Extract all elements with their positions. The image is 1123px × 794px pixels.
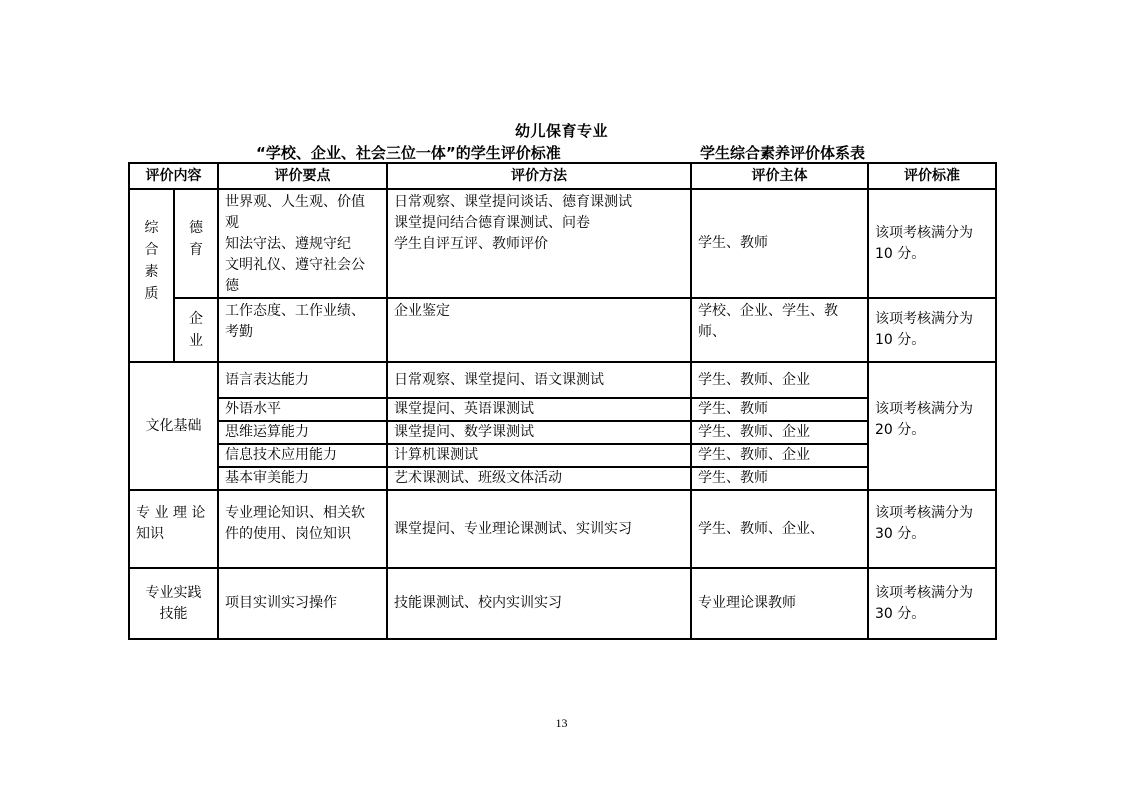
table-row: 基本审美能力 艺术课测试、班级文体活动 学生、教师	[129, 467, 996, 490]
wenhua-point: 外语水平	[218, 398, 387, 421]
category-wenhua: 文化基础	[129, 362, 218, 490]
shijian-subject: 专业理论课教师	[691, 568, 868, 639]
header-points: 评价要点	[218, 163, 387, 189]
wenhua-method: 计算机课测试	[387, 444, 691, 467]
shijian-method: 技能课测试、校内实训实习	[387, 568, 691, 639]
shijian-point: 项目实训实习操作	[218, 568, 387, 639]
evaluation-table: 评价内容 评价要点 评价方法 评价主体 评价标准 综 合 素 质 德 育 世界观…	[128, 162, 997, 640]
table-row: 专业实践 技能 项目实训实习操作 技能课测试、校内实训实习 专业理论课教师 该项…	[129, 568, 996, 639]
table-row: 企 业 工作态度、工作业绩、 考勤 企业鉴定 学校、企业、学生、教 师、 该项考…	[129, 298, 996, 362]
lilun-method: 课堂提问、专业理论课测试、实训实习	[387, 490, 691, 568]
table-row: 外语水平 课堂提问、英语课测试 学生、教师	[129, 398, 996, 421]
wenhua-method: 课堂提问、英语课测试	[387, 398, 691, 421]
table-header-row: 评价内容 评价要点 评价方法 评价主体 评价标准	[129, 163, 996, 189]
category-shijian: 专业实践 技能	[129, 568, 218, 639]
table-row: 文化基础 语言表达能力 日常观察、课堂提问、语文课测试 学生、教师、企业 该项考…	[129, 362, 996, 398]
document-title: 幼儿保育专业	[0, 120, 1123, 141]
shijian-standard: 该项考核满分为 30 分。	[868, 568, 996, 639]
qiye-methods: 企业鉴定	[387, 298, 691, 362]
qiye-points: 工作态度、工作业绩、 考勤	[218, 298, 387, 362]
table-row: 专 业 理 论 知识 专业理论知识、相关软 件的使用、岗位知识 课堂提问、专业理…	[129, 490, 996, 568]
lilun-points: 专业理论知识、相关软 件的使用、岗位知识	[218, 490, 387, 568]
wenhua-point: 信息技术应用能力	[218, 444, 387, 467]
wenhua-method: 日常观察、课堂提问、语文课测试	[387, 362, 691, 398]
header-subject: 评价主体	[691, 163, 868, 189]
qiye-standard: 该项考核满分为 10 分。	[868, 298, 996, 362]
page-number: 13	[0, 716, 1123, 731]
wenhua-point: 语言表达能力	[218, 362, 387, 398]
wenhua-method: 艺术课测试、班级文体活动	[387, 467, 691, 490]
wenhua-subject: 学生、教师、企业	[691, 421, 868, 444]
wenhua-point: 基本审美能力	[218, 467, 387, 490]
table-row: 思维运算能力 课堂提问、数学课测试 学生、教师、企业	[129, 421, 996, 444]
wenhua-point: 思维运算能力	[218, 421, 387, 444]
wenhua-subject: 学生、教师	[691, 467, 868, 490]
wenhua-subject: 学生、教师、企业	[691, 444, 868, 467]
category-zonghe: 综 合 素 质	[129, 189, 174, 362]
table-row: 信息技术应用能力 计算机课测试 学生、教师、企业	[129, 444, 996, 467]
qiye-subject: 学校、企业、学生、教 师、	[691, 298, 868, 362]
table-row: 综 合 素 质 德 育 世界观、人生观、价值 观 知法守法、遵规守纪 文明礼仪、…	[129, 189, 996, 298]
wenhua-standard: 该项考核满分为 20 分。	[868, 362, 996, 490]
wenhua-subject: 学生、教师、企业	[691, 362, 868, 398]
wenhua-method: 课堂提问、数学课测试	[387, 421, 691, 444]
header-standard: 评价标准	[868, 163, 996, 189]
header-content: 评价内容	[129, 163, 218, 189]
document-subtitle-right: 学生综合素养评价体系表	[700, 142, 865, 163]
header-methods: 评价方法	[387, 163, 691, 189]
deyu-subject: 学生、教师	[691, 189, 868, 298]
wenhua-subject: 学生、教师	[691, 398, 868, 421]
deyu-methods: 日常观察、课堂提问谈话、德育课测试 课堂提问结合德育课测试、问卷 学生自评互评、…	[387, 189, 691, 298]
category-lilun: 专 业 理 论 知识	[129, 490, 218, 568]
deyu-points: 世界观、人生观、价值 观 知法守法、遵规守纪 文明礼仪、遵守社会公 德	[218, 189, 387, 298]
deyu-standard: 该项考核满分为 10 分。	[868, 189, 996, 298]
document-subtitle-left: “学校、企业、社会三位一体”的学生评价标准	[256, 142, 561, 163]
subcategory-qiye: 企 业	[174, 298, 218, 362]
lilun-standard: 该项考核满分为 30 分。	[868, 490, 996, 568]
subcategory-deyu: 德 育	[174, 189, 218, 298]
lilun-subject: 学生、教师、企业、	[691, 490, 868, 568]
